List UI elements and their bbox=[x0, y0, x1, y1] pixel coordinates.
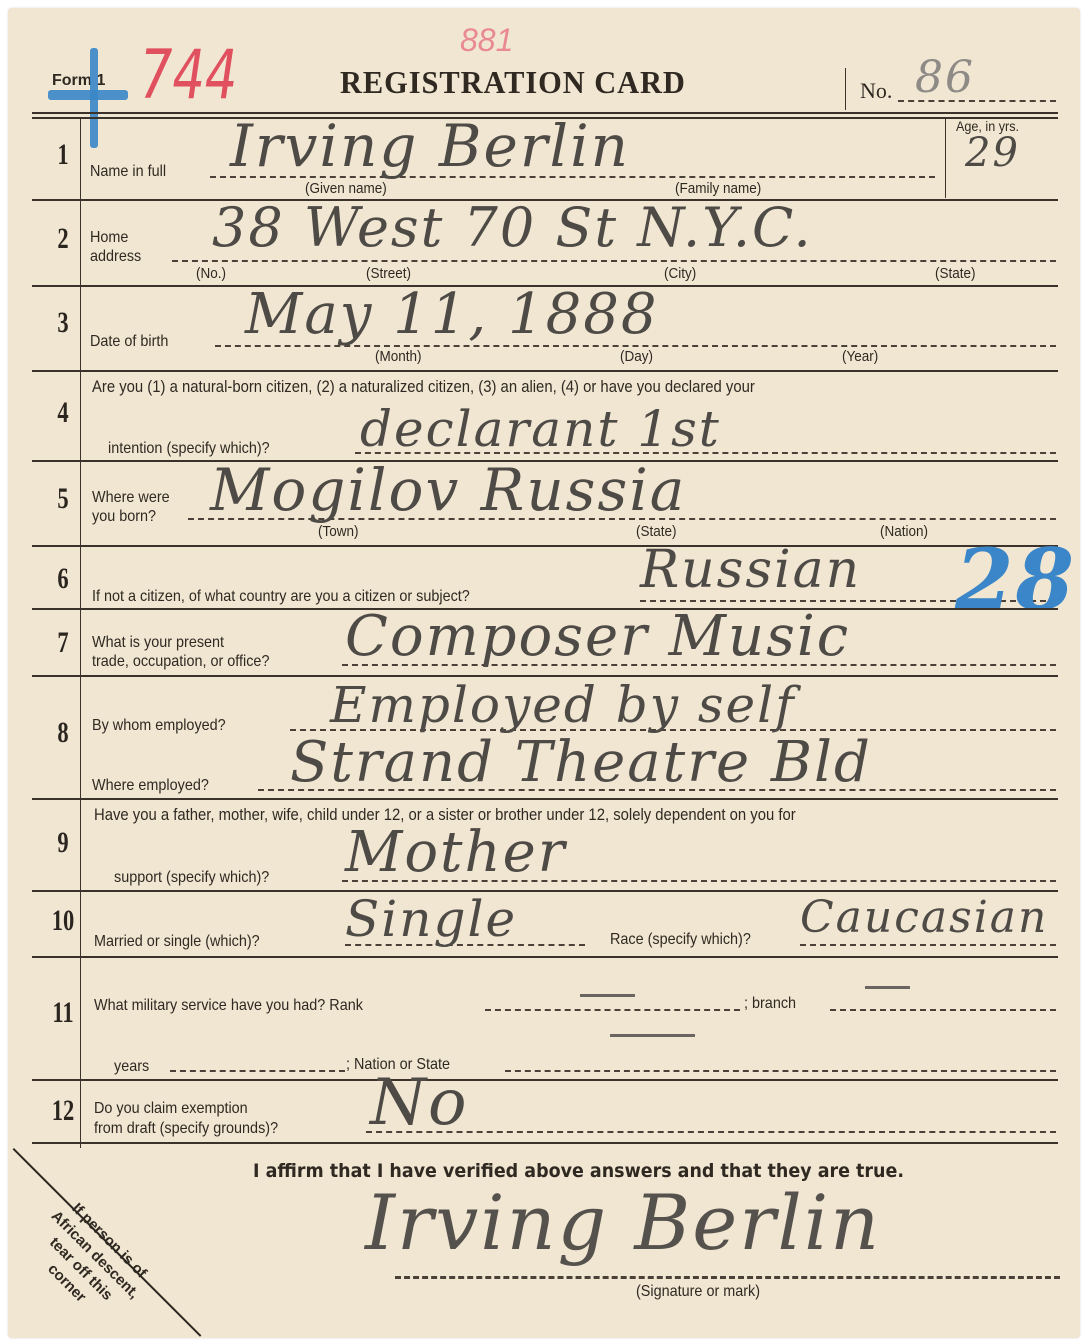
branch-dash-mark bbox=[865, 986, 910, 989]
row-number-10: 10 bbox=[50, 904, 76, 938]
city-caption: (City) bbox=[664, 265, 696, 282]
address-value: 38 West 70 St N.Y.C. bbox=[212, 196, 813, 259]
address-line bbox=[172, 260, 1056, 262]
row-number-7: 7 bbox=[50, 626, 76, 660]
rule bbox=[32, 370, 1058, 372]
state-caption: (State) bbox=[935, 265, 976, 282]
rule bbox=[32, 956, 1058, 958]
occupation-value: Composer Music bbox=[345, 604, 850, 669]
citizen-of-value: Russian bbox=[640, 540, 861, 600]
family-name-caption: (Family name) bbox=[675, 180, 761, 197]
row-number-1: 1 bbox=[50, 138, 76, 172]
support-label: support (specify which)? bbox=[114, 868, 269, 887]
blue-number-annotation: 28 bbox=[955, 530, 1076, 629]
race-line bbox=[800, 944, 1056, 946]
birthplace-label-1: Where were bbox=[92, 488, 170, 507]
citizenship-question: Are you (1) a natural-born citizen, (2) … bbox=[92, 378, 755, 397]
dependents-value: Mother bbox=[345, 820, 567, 885]
card-title: REGISTRATION CARD bbox=[340, 64, 686, 101]
occupation-label-1: What is your present bbox=[92, 633, 224, 652]
branch-line bbox=[830, 1009, 1056, 1011]
years-dash-mark bbox=[610, 1034, 695, 1037]
home-label: Home bbox=[90, 228, 128, 247]
signature-line bbox=[395, 1276, 1060, 1279]
nation-state-line bbox=[505, 1070, 1056, 1072]
pink-number-annotation: 881 bbox=[460, 22, 513, 59]
rank-dash-mark bbox=[580, 994, 635, 997]
signature: Irving Berlin bbox=[365, 1178, 881, 1267]
day-caption: (Day) bbox=[620, 348, 653, 365]
row-number-5: 5 bbox=[50, 482, 76, 516]
birthplace-value: Mogilov Russia bbox=[210, 456, 686, 524]
rule bbox=[32, 1142, 1058, 1144]
rule bbox=[32, 1079, 1058, 1081]
military-rank-label: What military service have you had? Rank bbox=[94, 996, 363, 1015]
row-number-6: 6 bbox=[50, 562, 76, 596]
state-caption-5: (State) bbox=[636, 523, 677, 540]
dob-label: Date of birth bbox=[90, 332, 168, 351]
row-number-11: 11 bbox=[50, 996, 76, 1030]
month-caption: (Month) bbox=[375, 348, 422, 365]
town-caption: (Town) bbox=[318, 523, 359, 540]
exemption-label-1: Do you claim exemption bbox=[94, 1099, 248, 1118]
dob-value: May 11, 1888 bbox=[245, 282, 659, 347]
employer-label: By whom employed? bbox=[92, 716, 226, 735]
row-number-8: 8 bbox=[50, 716, 76, 750]
row-number-3: 3 bbox=[50, 306, 76, 340]
blue-cross-mark-bar bbox=[48, 90, 128, 100]
citizenship-value: declarant 1st bbox=[360, 400, 721, 458]
row-number-divider bbox=[80, 118, 81, 1148]
age-value: 29 bbox=[965, 130, 1020, 176]
row-number-2: 2 bbox=[50, 222, 76, 256]
year-caption: (Year) bbox=[842, 348, 878, 365]
number-label: No. bbox=[860, 78, 892, 104]
no-caption: (No.) bbox=[196, 265, 226, 282]
name-value: Irving Berlin bbox=[230, 112, 630, 180]
birthplace-label-2: you born? bbox=[92, 507, 156, 526]
exemption-value: No bbox=[370, 1066, 469, 1140]
rule bbox=[32, 545, 1058, 547]
work-place-label: Where employed? bbox=[92, 776, 209, 795]
street-caption: (Street) bbox=[366, 265, 411, 282]
address-label: address bbox=[90, 247, 141, 266]
given-name-caption: (Given name) bbox=[305, 180, 387, 197]
branch-label: ; branch bbox=[744, 994, 796, 1013]
rule bbox=[32, 798, 1058, 800]
marital-value: Single bbox=[345, 890, 517, 948]
row-number-9: 9 bbox=[50, 826, 76, 860]
nation-caption: (Nation) bbox=[880, 523, 928, 540]
race-value: Caucasian bbox=[800, 892, 1048, 943]
row-number-4: 4 bbox=[50, 396, 76, 430]
exemption-label-2: from draft (specify grounds)? bbox=[94, 1119, 278, 1138]
age-divider bbox=[945, 118, 946, 198]
row-number-12: 12 bbox=[50, 1094, 76, 1128]
rank-line bbox=[485, 1009, 740, 1011]
marital-label: Married or single (which)? bbox=[94, 932, 260, 951]
signature-caption: (Signature or mark) bbox=[636, 1283, 760, 1301]
red-number-annotation: 744 bbox=[140, 36, 237, 115]
exemption-line bbox=[366, 1131, 1056, 1133]
name-label: Name in full bbox=[90, 162, 166, 181]
race-label: Race (specify which)? bbox=[610, 930, 751, 949]
number-divider bbox=[845, 68, 846, 110]
number-value: 86 bbox=[915, 52, 975, 103]
work-place-value: Strand Theatre Bld bbox=[290, 730, 872, 795]
occupation-label-2: trade, occupation, or office? bbox=[92, 652, 269, 671]
years-label: years bbox=[114, 1057, 149, 1076]
years-line bbox=[170, 1070, 345, 1072]
employer-value: Employed by self bbox=[330, 676, 796, 734]
